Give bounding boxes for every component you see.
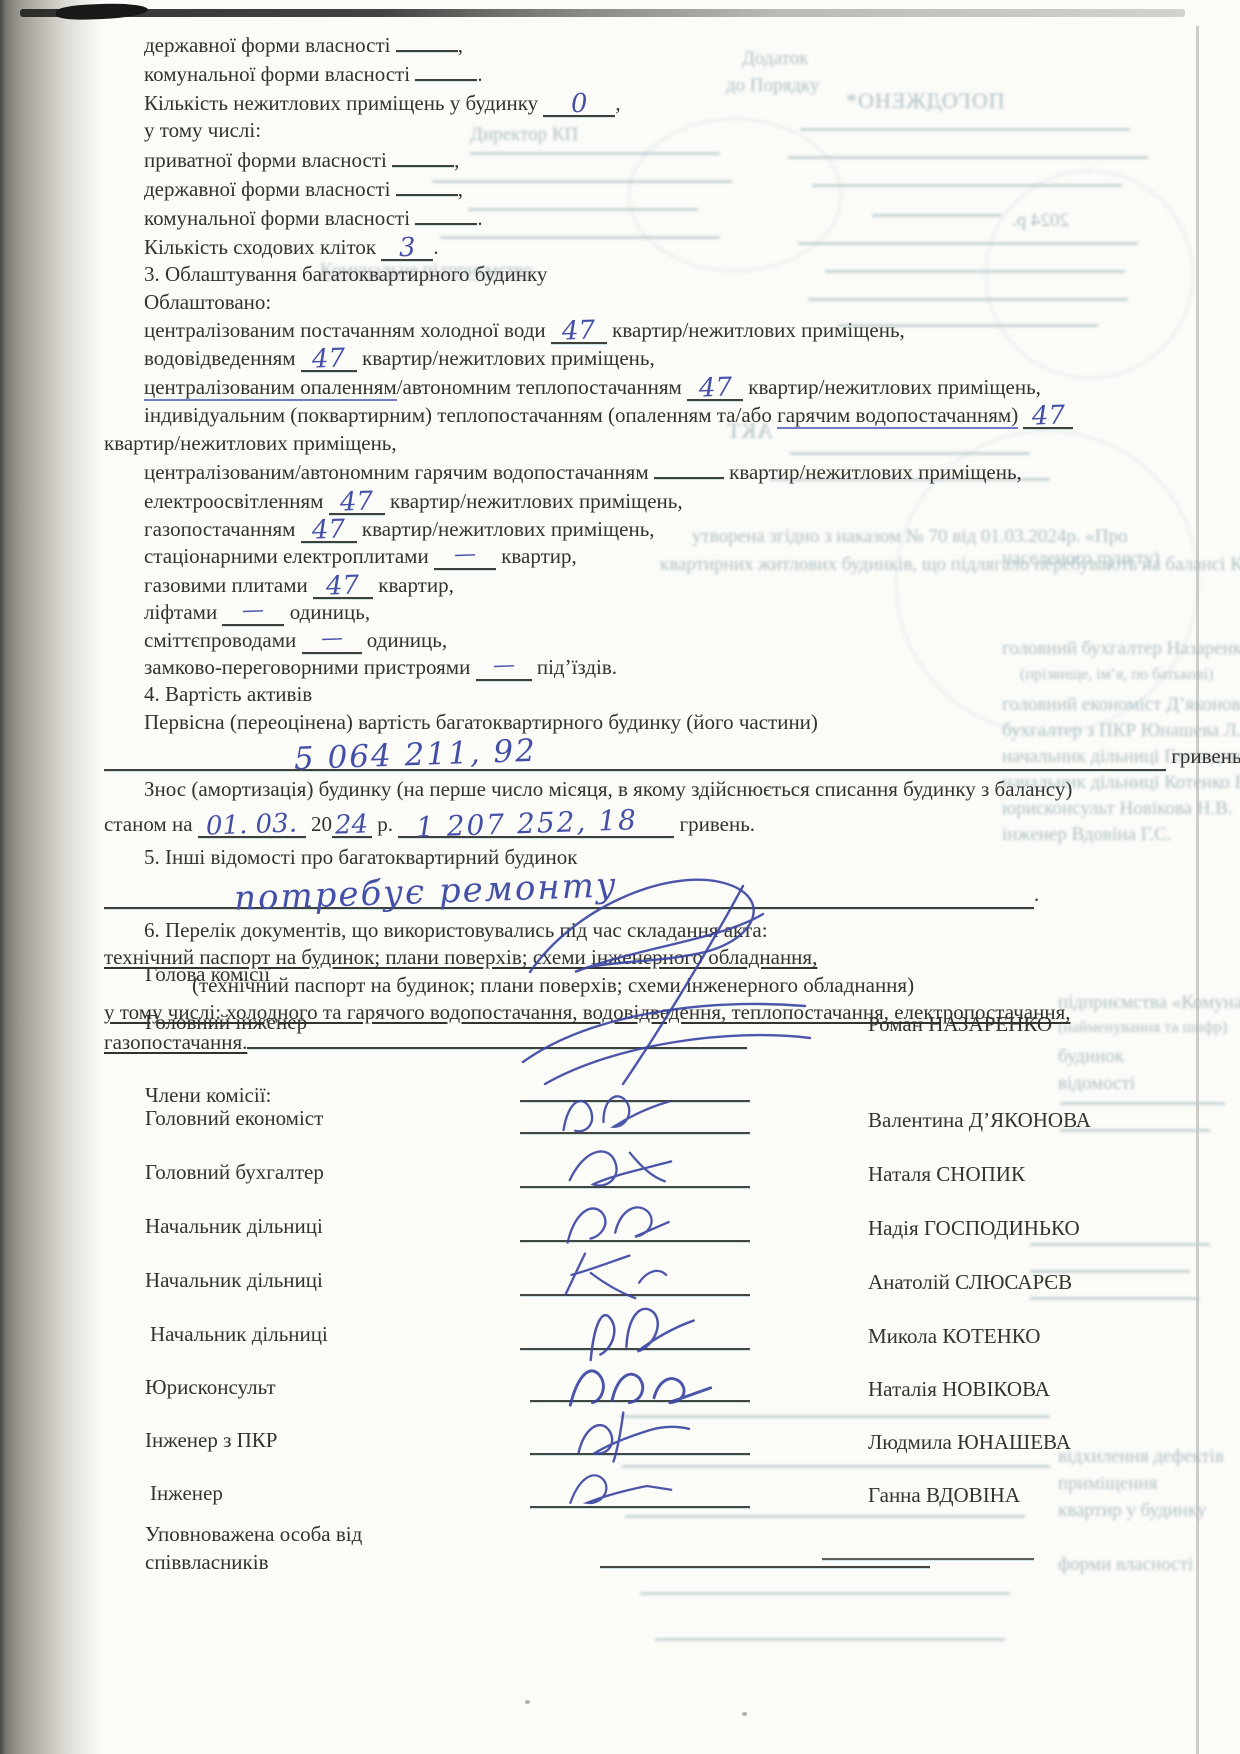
field-label: Кількість сходових кліток xyxy=(144,235,376,259)
heading-text: 3. Облаштування багатоквартирного будинк… xyxy=(144,262,547,286)
blank-field: 47 xyxy=(313,571,373,599)
signer-name: Валентина Д’ЯКОНОВА xyxy=(868,1108,1091,1133)
field-label: Кількість нежитлових приміщень у будинку xyxy=(144,91,538,115)
handwritten-value: — xyxy=(454,544,477,567)
handwritten-value: 47 xyxy=(312,346,346,373)
blank-field: 47 xyxy=(329,487,385,515)
field-label: стаціонарними електроплитами xyxy=(144,544,429,568)
scanned-document-page: Додаток до Порядку ПОГОДЖЕНО* Директор К… xyxy=(0,0,1240,1754)
page-edge-left-shadow xyxy=(0,0,102,1754)
field-label: ліфтами xyxy=(144,600,217,624)
form-line: 5 064 211, 92 гривень. xyxy=(104,736,1204,776)
signer-role: Начальник дільниці xyxy=(145,1214,323,1239)
signer-role: Інженер xyxy=(150,1481,223,1506)
form-line: сміттєпроводами — одиниць, xyxy=(104,627,1204,654)
field-label: централізованим/автономним гарячим водоп… xyxy=(144,460,649,484)
field-suffix: квартир/нежитлових приміщень, xyxy=(390,489,683,513)
field-label: газопостачанням xyxy=(144,517,295,541)
ghost-line xyxy=(625,1515,1025,1518)
blank-field xyxy=(396,174,458,196)
handwritten-value: — xyxy=(492,655,515,678)
field-suffix: квартир, xyxy=(378,573,454,597)
handwritten-value: 01. 03. xyxy=(206,810,298,839)
field-suffix: одиниць, xyxy=(290,600,370,624)
form-line: стаціонарними електроплитами — квартир, xyxy=(104,543,1204,570)
form-line: замково-переговорними пристроями — під’ї… xyxy=(104,654,1204,681)
form-line: Кількість нежитлових приміщень у будинку… xyxy=(104,89,1204,117)
signer-name: Наталя СНОПИК xyxy=(868,1162,1025,1187)
ghost-line xyxy=(1060,1102,1225,1105)
field-label: 20 xyxy=(311,812,332,836)
blank-field: 47 xyxy=(687,373,743,401)
blank-field: — xyxy=(476,657,532,681)
form-line: Кількість сходових кліток 3. xyxy=(104,233,1204,261)
blank-field: 5 064 211, 92 xyxy=(104,738,1166,771)
field-label: Первісна (переоцінена) вартість багатокв… xyxy=(144,710,818,734)
blank-field: 47 xyxy=(551,316,607,344)
signer-name: Людмила ЮНАШЕВА xyxy=(868,1430,1071,1455)
field-suffix: одиниць, xyxy=(367,628,447,652)
handwritten-value: 47 xyxy=(326,572,360,599)
field-label: індивідуальним (поквартирним) теплопоста… xyxy=(144,403,777,427)
signer-role: Начальник дільниці xyxy=(150,1322,328,1347)
blank-field: 0 xyxy=(543,89,615,117)
form-line: державної форми власності , xyxy=(104,174,1204,203)
ghost-line xyxy=(1030,1243,1210,1246)
blank-field xyxy=(415,59,477,81)
blank-field xyxy=(654,457,724,479)
form-line: централізованим постачанням холодної вод… xyxy=(104,316,1204,344)
form-line: станом на 01. 03. 2024 р. 1 207 252, 18 … xyxy=(104,804,1204,844)
signer-role: Юрисконсульт xyxy=(145,1375,276,1400)
form-line: газовими плитами 47 квартир, xyxy=(104,571,1204,599)
form-line: індивідуальним (поквартирним) теплопоста… xyxy=(104,401,1204,429)
signer-name: Анатолій СЛЮСАРЄВ xyxy=(868,1270,1072,1295)
signer-role: Уповноважена особа від xyxy=(145,1522,362,1547)
form-line: комунальної форми власності . xyxy=(104,203,1204,232)
field-label: централізованим постачанням холодної вод… xyxy=(144,318,546,342)
field-label: у тому числі: xyxy=(144,118,261,142)
field-label: гарячим водопостачанням) xyxy=(777,403,1018,429)
signer-role: Голова комісії xyxy=(145,962,270,987)
field-label: р. xyxy=(377,812,393,836)
blank-field: 47 xyxy=(301,515,357,543)
blank-field: — xyxy=(434,546,496,570)
page-edge-top-band xyxy=(20,9,1185,17)
signer-name: Надія ГОСПОДИНЬКО xyxy=(868,1216,1080,1241)
blank-field: 47 xyxy=(1023,401,1073,429)
punctuation: . xyxy=(477,206,482,230)
scan-speck xyxy=(742,1712,747,1716)
punctuation: . xyxy=(477,62,482,86)
field-label: електроосвітленням xyxy=(144,489,323,513)
signature-scribble xyxy=(505,852,835,1107)
handwritten-value: 3 xyxy=(399,235,416,262)
signer-name: Наталія НОВІКОВА xyxy=(868,1377,1050,1402)
signer-role: Головний економіст xyxy=(145,1106,323,1131)
field-suffix: гривень. xyxy=(1171,744,1240,768)
field-suffix: під’їздів. xyxy=(537,655,617,679)
field-label: централізованим опаленням xyxy=(144,375,397,401)
form-line: комунальної форми власності . xyxy=(104,59,1204,88)
signature-line xyxy=(600,1566,930,1568)
form-line: газопостачанням 47 квартир/нежитлових пр… xyxy=(104,515,1204,543)
form-line: електроосвітленням 47 квартир/нежитлових… xyxy=(104,487,1204,515)
signer-role: Інженер з ПКР xyxy=(145,1428,278,1453)
signer-name: Микола КОТЕНКО xyxy=(868,1324,1040,1349)
field-suffix: квартир/нежитлових приміщень, xyxy=(748,375,1041,399)
ghost-line xyxy=(655,1638,1005,1641)
field-label: державної форми власності xyxy=(144,33,391,57)
form-line: квартир/нежитлових приміщень, xyxy=(104,430,1204,457)
handwritten-value: 47 xyxy=(698,374,732,401)
handwritten-value: 0 xyxy=(571,91,588,118)
form-line: у тому числі: xyxy=(104,117,1204,144)
field-label: замково-переговорними пристроями xyxy=(144,655,470,679)
blank-field: 3 xyxy=(381,233,433,261)
blank-field xyxy=(392,145,454,167)
punctuation: , xyxy=(454,148,459,172)
signer-role: співвласників xyxy=(145,1550,269,1575)
form-line: ліфтами — одиниць, xyxy=(104,599,1204,626)
blank-field: 1 207 252, 18 xyxy=(398,808,674,838)
section-heading: 3. Облаштування багатоквартирного будинк… xyxy=(104,261,1204,288)
field-suffix: квартир, xyxy=(501,544,577,568)
field-label: приватної форми власності xyxy=(144,148,387,172)
field-label: державної форми власності xyxy=(144,177,391,201)
blank-field: 24 xyxy=(332,810,372,838)
handwritten-value: 47 xyxy=(312,516,346,543)
signature-scribble xyxy=(548,1458,688,1514)
punctuation: , xyxy=(615,91,620,115)
handwritten-value: 5 064 211, 92 xyxy=(294,736,538,775)
form-line: Знос (амортизація) будинку (на перше чис… xyxy=(104,776,1204,803)
field-label: сміттєпроводами xyxy=(144,628,296,652)
blank-field: 01. 03. xyxy=(198,810,306,838)
section-heading: 4. Вартість активів xyxy=(104,681,1204,708)
signer-name: Ганна ВДОВІНА xyxy=(868,1483,1020,1508)
field-label: /автономним теплопостачанням xyxy=(397,375,682,399)
scan-speck xyxy=(525,1700,530,1704)
field-label: водовідведенням xyxy=(144,346,296,370)
handwritten-value: 47 xyxy=(562,317,596,344)
blank-field: 47 xyxy=(301,344,357,372)
form-line: Первісна (переоцінена) вартість багатокв… xyxy=(104,709,1204,736)
form-line: водовідведенням 47 квартир/нежитлових пр… xyxy=(104,344,1204,372)
form-line: приватної форми власності , xyxy=(104,145,1204,174)
ghost-line xyxy=(640,1592,1010,1595)
blank-field xyxy=(415,203,477,225)
field-suffix: квартир/нежитлових приміщень, xyxy=(104,431,397,455)
blank-field: — xyxy=(302,630,362,654)
handwritten-value: — xyxy=(242,600,265,623)
form-line: Облаштовано: xyxy=(104,289,1204,316)
field-label: Знос (амортизація) будинку (на перше чис… xyxy=(144,777,1072,801)
field-label: газовими плитами xyxy=(144,573,308,597)
field-label: Облаштовано: xyxy=(144,290,271,314)
signature-line xyxy=(822,1558,1034,1560)
signer-name: Роман НАЗАРЕНКО xyxy=(868,1012,1052,1037)
form-line: державної форми власності , xyxy=(104,30,1204,59)
signer-role: Члени комісії: xyxy=(145,1083,271,1108)
ghost-text: відхилення дефектів xyxy=(1058,1446,1224,1468)
handwritten-value: 24 xyxy=(335,811,369,838)
blank-field xyxy=(396,30,458,52)
ghost-line xyxy=(1030,1297,1200,1300)
form-line: централізованим опаленням/автономним теп… xyxy=(104,373,1204,401)
form-line: централізованим/автономним гарячим водоп… xyxy=(104,457,1204,486)
handwritten-value: 1 207 252, 18 xyxy=(416,806,639,842)
punctuation: . xyxy=(1034,882,1039,906)
signer-role: Головний бухгалтер xyxy=(145,1160,324,1185)
handwritten-value: 47 xyxy=(340,488,374,515)
signer-role: Головний інженер xyxy=(145,1010,307,1035)
handwritten-value: 47 xyxy=(1031,403,1065,430)
handwritten-value: — xyxy=(320,627,343,650)
heading-text: 4. Вартість активів xyxy=(144,682,312,706)
punctuation: , xyxy=(458,177,463,201)
ghost-text: квартир у будинку xyxy=(1058,1500,1206,1522)
punctuation: , xyxy=(458,33,463,57)
ghost-text: відомості xyxy=(1058,1073,1135,1095)
field-suffix: квартир/нежитлових приміщень, xyxy=(362,346,655,370)
signer-role: Начальник дільниці xyxy=(145,1268,323,1293)
punctuation: . xyxy=(433,235,438,259)
ghost-text: форми власності xyxy=(1058,1554,1193,1576)
field-suffix: квартир/нежитлових приміщень, xyxy=(362,517,655,541)
blank-field: — xyxy=(222,602,284,626)
field-label: станом на xyxy=(104,812,193,836)
field-label: комунальної форми власності xyxy=(144,206,410,230)
ghost-text: приміщення xyxy=(1058,1473,1157,1495)
field-suffix: гривень. xyxy=(680,812,756,836)
field-suffix: квартир/нежитлових приміщень, xyxy=(612,318,905,342)
field-suffix: квартир/нежитлових приміщень, xyxy=(729,460,1022,484)
field-label: комунальної форми власності xyxy=(144,62,410,86)
